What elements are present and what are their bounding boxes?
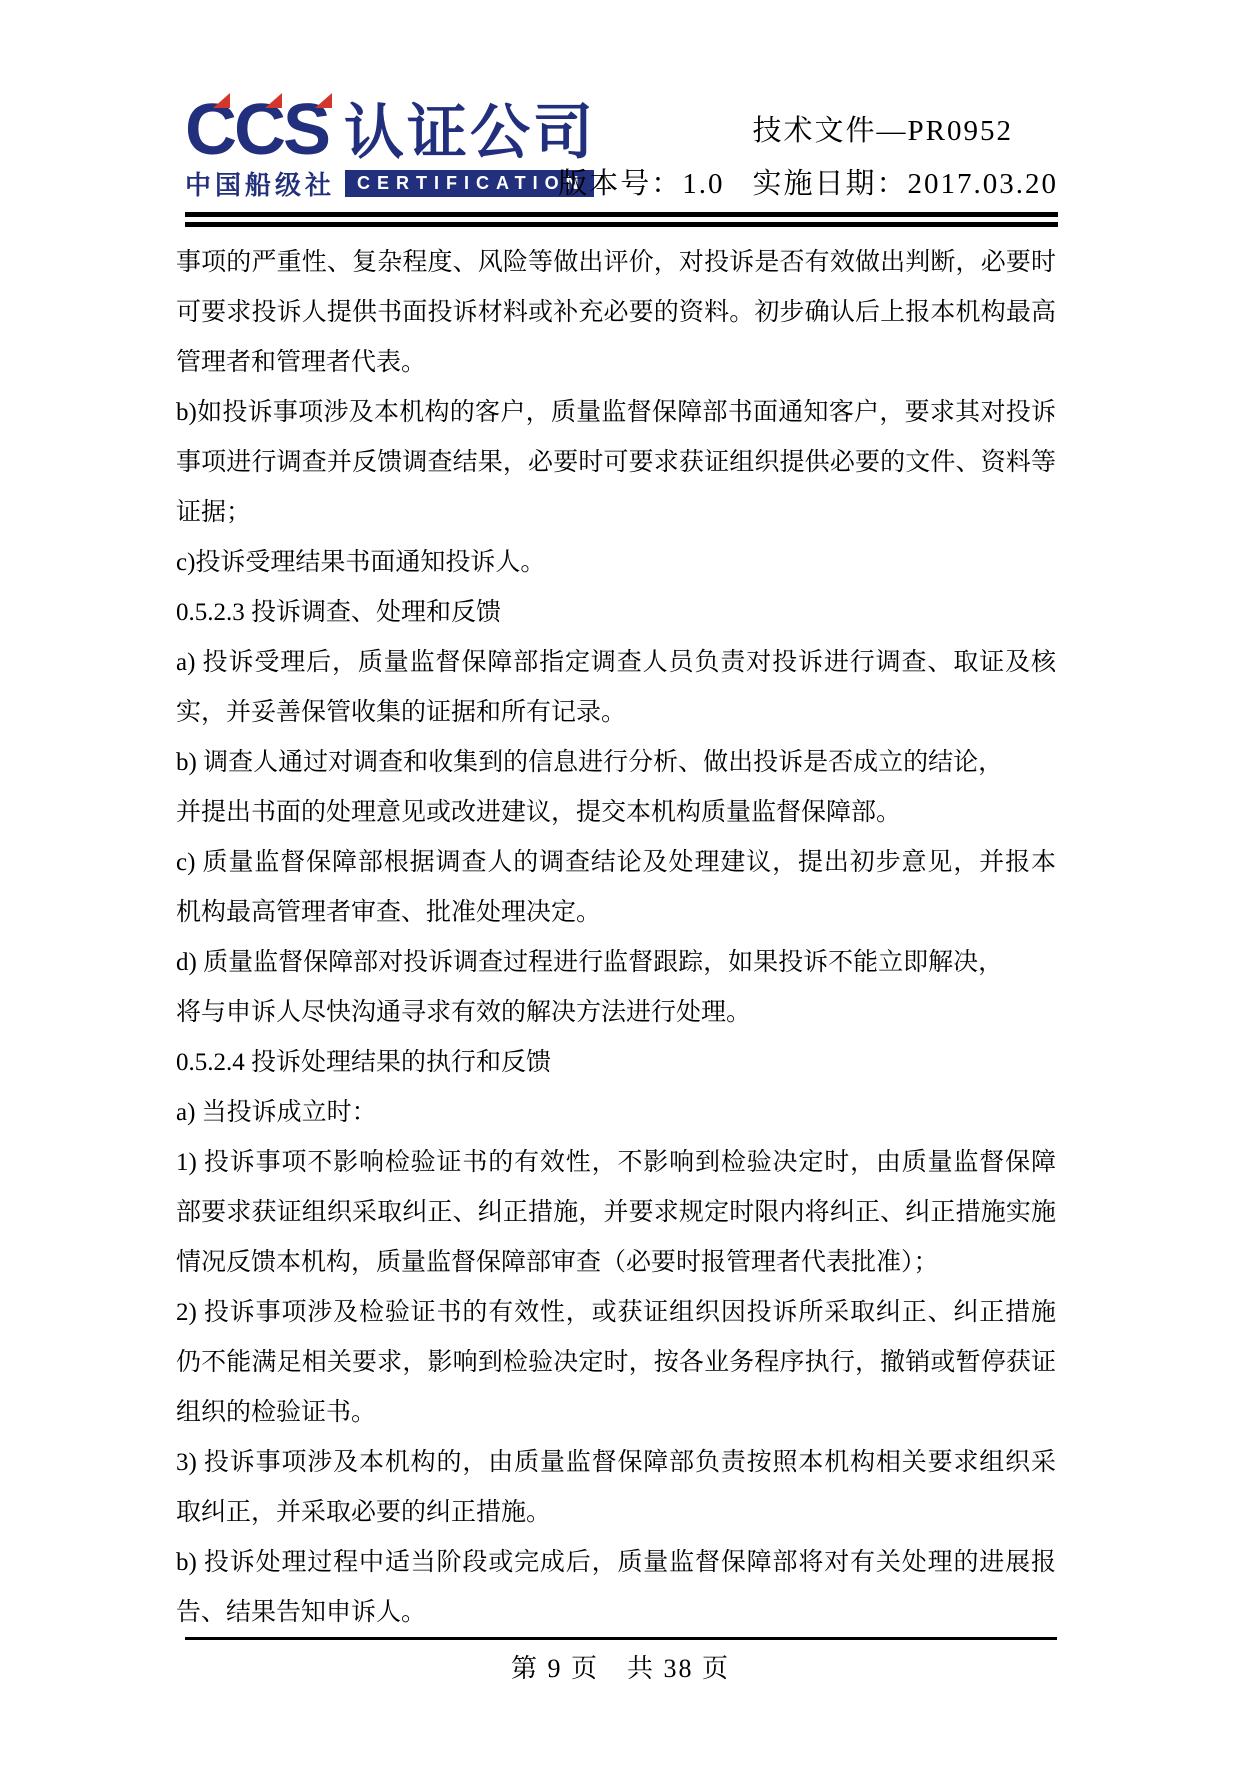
version-label: 版本号：1.0 xyxy=(558,168,724,200)
text-line: b) 投诉处理过程中适当阶段或完成后，质量监督保障部将对有关处理的进展报 xyxy=(176,1538,1056,1588)
text-line: 0.5.2.4 投诉处理结果的执行和反馈 xyxy=(176,1038,1056,1088)
page-number: 第 9 页 共 38 页 xyxy=(0,1648,1241,1685)
ccs-logo: CCS 认证公司 中国船级社 CERTIFICATION xyxy=(185,98,596,202)
text-line: a) 投诉受理后，质量监督保障部指定调查人员负责对投诉进行调查、取证及核 xyxy=(176,638,1056,688)
text-line: b)如投诉事项涉及本机构的客户，质量监督保障部书面通知客户，要求其对投诉 xyxy=(176,388,1056,438)
document-page: CCS 认证公司 中国船级社 CERTIFICATION 技术文件—PR0952… xyxy=(0,0,1241,1778)
footer-divider xyxy=(185,1637,1057,1640)
text-line: 可要求投诉人提供书面投诉材料或补充必要的资料。初步确认后上报本机构最高 xyxy=(176,288,1056,338)
ccs-logo-letters-wrap: CCS xyxy=(185,98,328,162)
text-line: 情况反馈本机构，质量监督保障部审查（必要时报管理者代表批准）； xyxy=(176,1238,1056,1288)
red-flag-icon xyxy=(265,93,282,108)
text-line: 取纠正，并采取必要的纠正措施。 xyxy=(176,1488,1056,1538)
ccs-logo-letters: CCS xyxy=(185,90,328,170)
text-line: d) 质量监督保障部对投诉调查过程进行监督跟踪，如果投诉不能立即解决， xyxy=(176,938,1056,988)
text-line: 证据； xyxy=(176,488,1056,538)
ccs-logo-top-row: CCS 认证公司 xyxy=(185,98,596,162)
header-doc-info: 技术文件—PR0952 版本号：1.0实施日期：2017.03.20 xyxy=(558,108,1058,202)
ccs-logo-subtitle-cn: 中国船级社 xyxy=(185,165,335,202)
text-line: 并提出书面的处理意见或改进建议，提交本机构质量监督保障部。 xyxy=(176,788,1056,838)
text-line: 告、结果告知申诉人。 xyxy=(176,1588,1056,1638)
document-body: 事项的严重性、复杂程度、风险等做出评价，对投诉是否有效做出判断，必要时可要求投诉… xyxy=(176,238,1056,1638)
ccs-logo-bottom-row: 中国船级社 CERTIFICATION xyxy=(185,165,596,202)
text-line: 部要求获证组织采取纠正、纠正措施，并要求规定时限内将纠正、纠正措施实施 xyxy=(176,1188,1056,1238)
red-flag-icon xyxy=(213,93,230,108)
text-line: 事项进行调查并反馈调查结果，必要时可要求获证组织提供必要的文件、资料等 xyxy=(176,438,1056,488)
text-line: 3) 投诉事项涉及本机构的，由质量监督保障部负责按照本机构相关要求组织采 xyxy=(176,1438,1056,1488)
header-divider xyxy=(185,212,1058,227)
text-line: 0.5.2.3 投诉调查、处理和反馈 xyxy=(176,588,1056,638)
version-date-line: 版本号：1.0实施日期：2017.03.20 xyxy=(558,161,1058,202)
page-header: CCS 认证公司 中国船级社 CERTIFICATION 技术文件—PR0952… xyxy=(185,92,1058,202)
text-line: 事项的严重性、复杂程度、风险等做出评价，对投诉是否有效做出判断，必要时 xyxy=(176,238,1056,288)
text-line: 将与申诉人尽快沟通寻求有效的解决方法进行处理。 xyxy=(176,988,1056,1038)
text-line: 1) 投诉事项不影响检验证书的有效性，不影响到检验决定时，由质量监督保障 xyxy=(176,1138,1056,1188)
doc-type-label: 技术文件—PR0952 xyxy=(558,108,1058,149)
red-flag-icon xyxy=(315,93,332,108)
text-line: a) 当投诉成立时： xyxy=(176,1088,1056,1138)
ccs-logo-subtitle-en: CERTIFICATION xyxy=(345,170,594,197)
text-line: b) 调查人通过对调查和收集到的信息进行分析、做出投诉是否成立的结论， xyxy=(176,738,1056,788)
text-line: 仍不能满足相关要求，影响到检验决定时，按各业务程序执行，撤销或暂停获证 xyxy=(176,1338,1056,1388)
text-line: 机构最高管理者审查、批准处理决定。 xyxy=(176,888,1056,938)
text-line: c) 质量监督保障部根据调查人的调查结论及处理建议，提出初步意见，并报本 xyxy=(176,838,1056,888)
text-line: 2) 投诉事项涉及检验证书的有效性，或获证组织因投诉所采取纠正、纠正措施 xyxy=(176,1288,1056,1338)
text-line: c)投诉受理结果书面通知投诉人。 xyxy=(176,538,1056,588)
text-line: 管理者和管理者代表。 xyxy=(176,338,1056,388)
text-line: 实，并妥善保管收集的证据和所有记录。 xyxy=(176,688,1056,738)
implementation-date-label: 实施日期：2017.03.20 xyxy=(752,168,1058,200)
text-line: 组织的检验证书。 xyxy=(176,1388,1056,1438)
